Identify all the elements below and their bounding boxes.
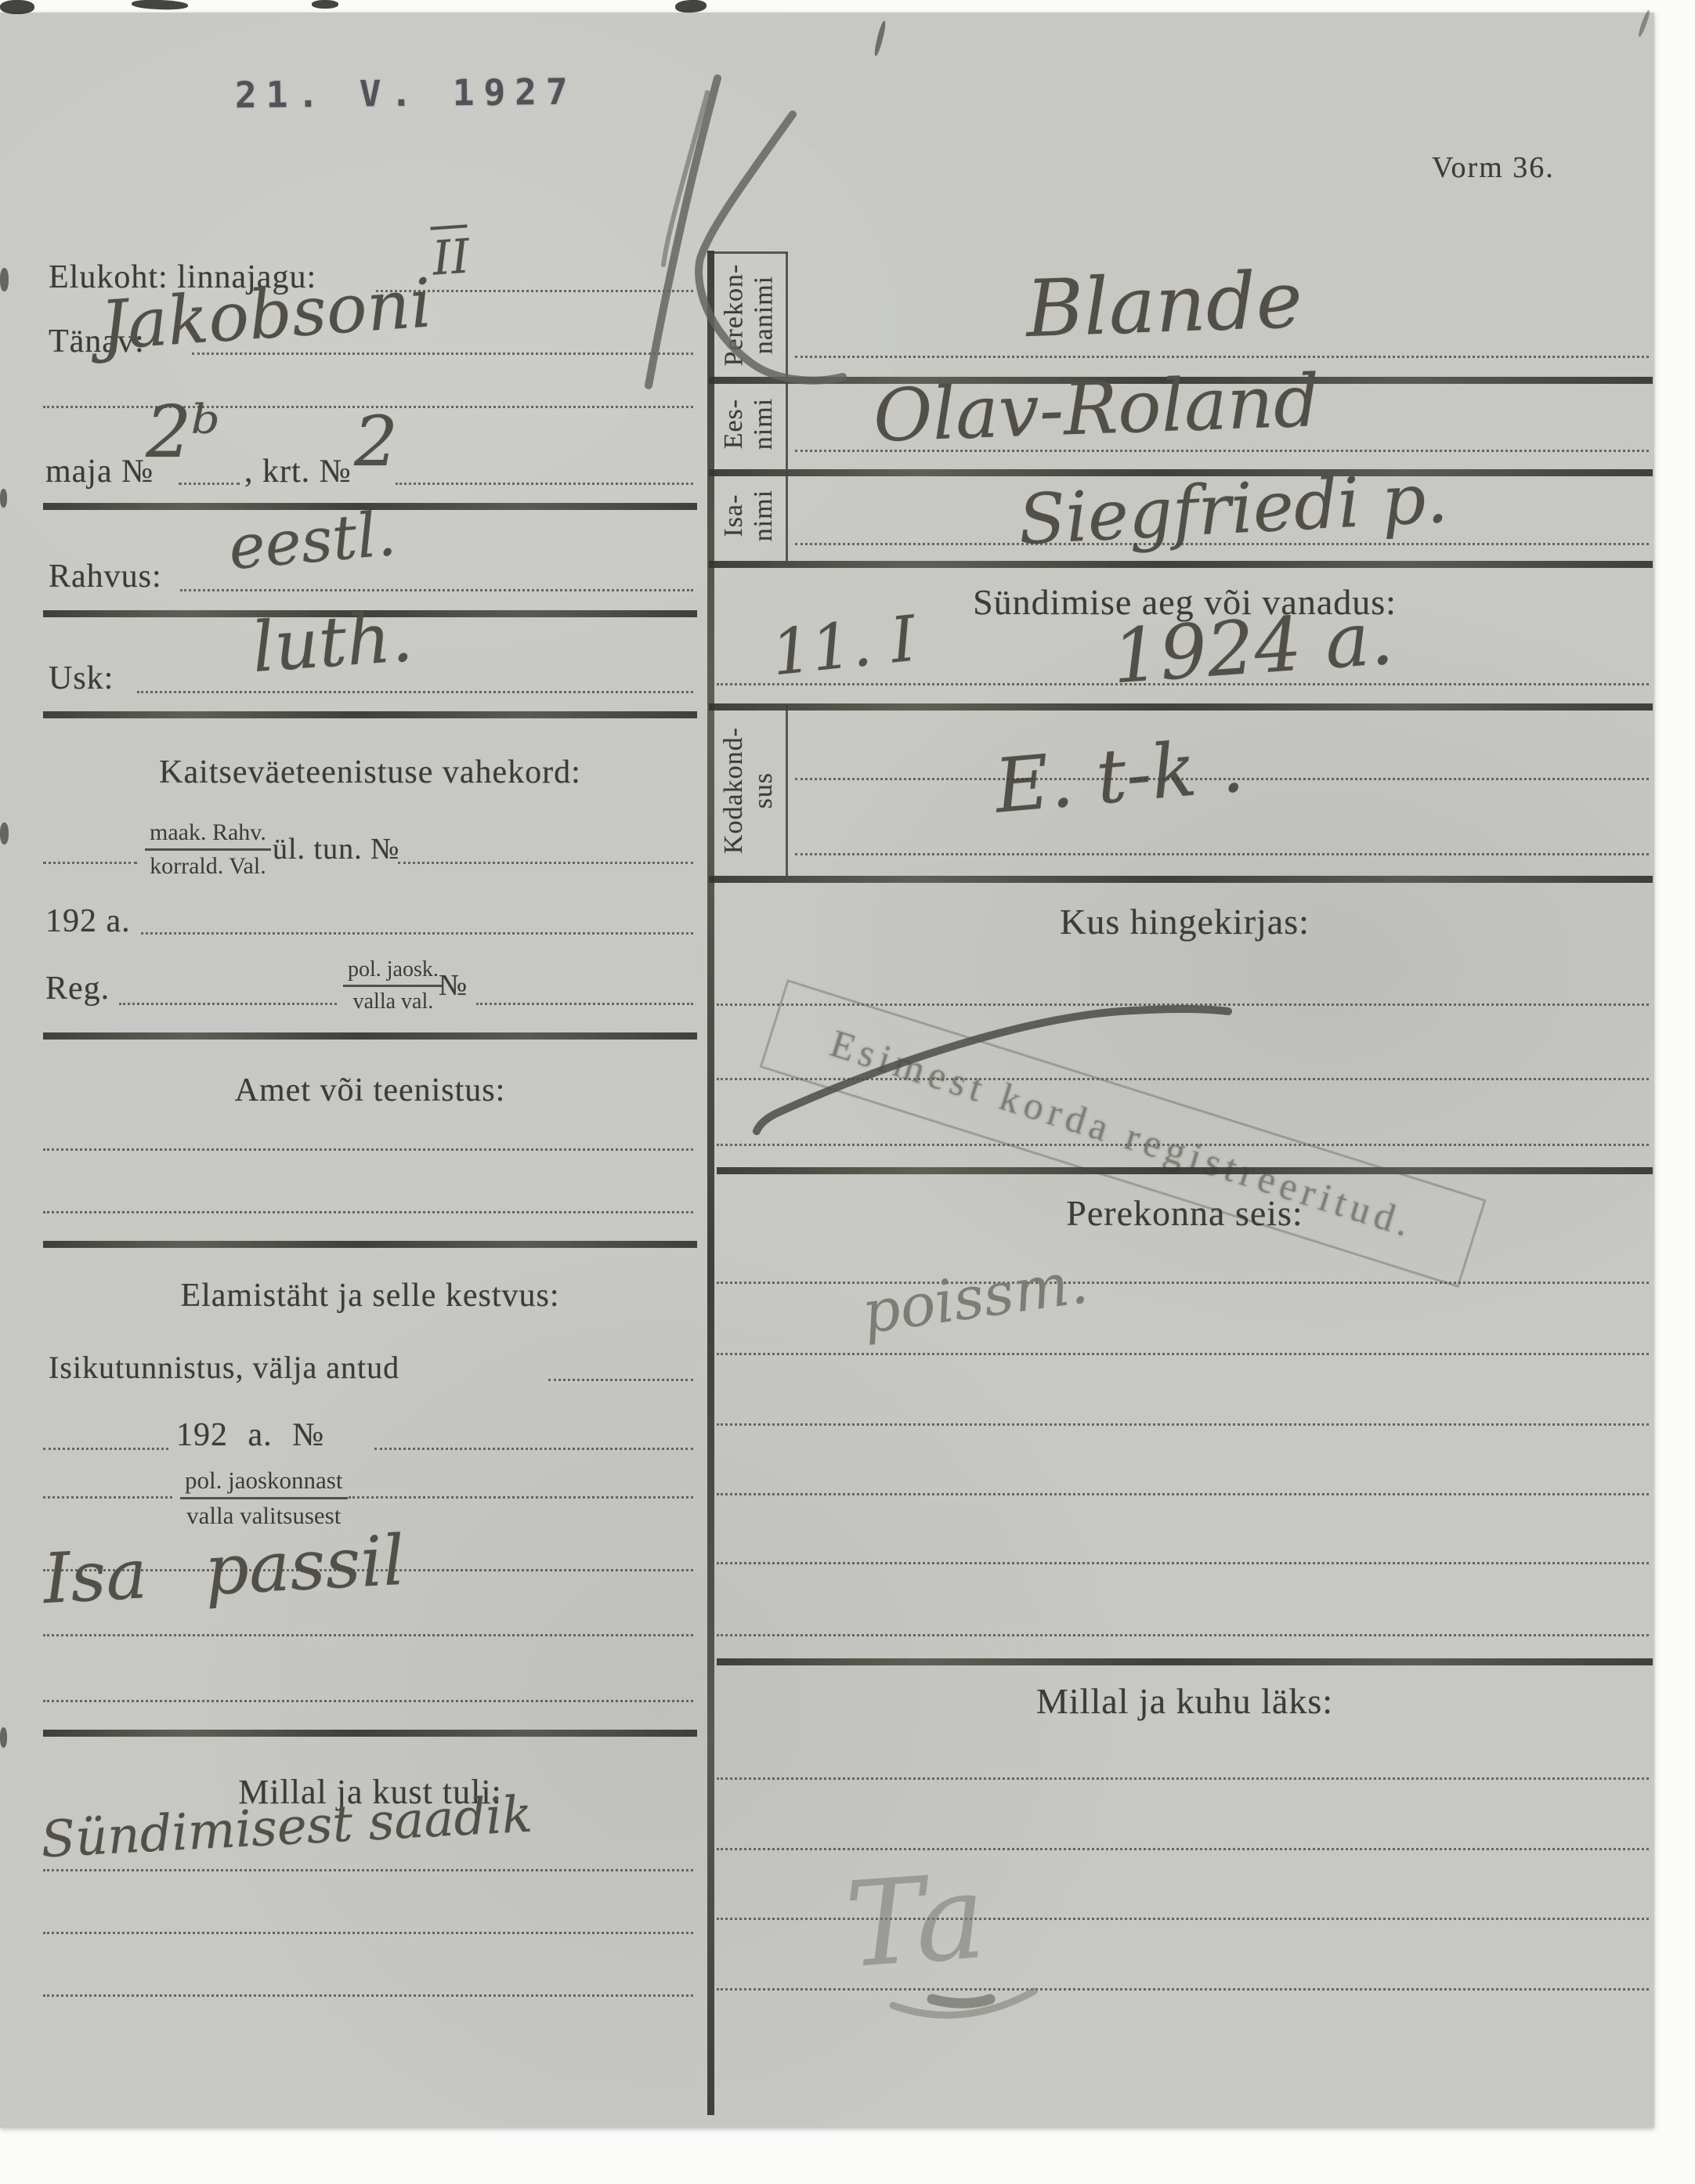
scanned-registration-card: 21. V. 1927 Vorm 36. Elukoht: linnajagu:…: [0, 0, 1695, 2184]
pencil-scribble-dark: [932, 1999, 990, 2003]
cross-out-stroke: [757, 1009, 1228, 1131]
pencil-letter-k: [649, 78, 843, 385]
pencil-overlay: [0, 0, 1695, 2184]
